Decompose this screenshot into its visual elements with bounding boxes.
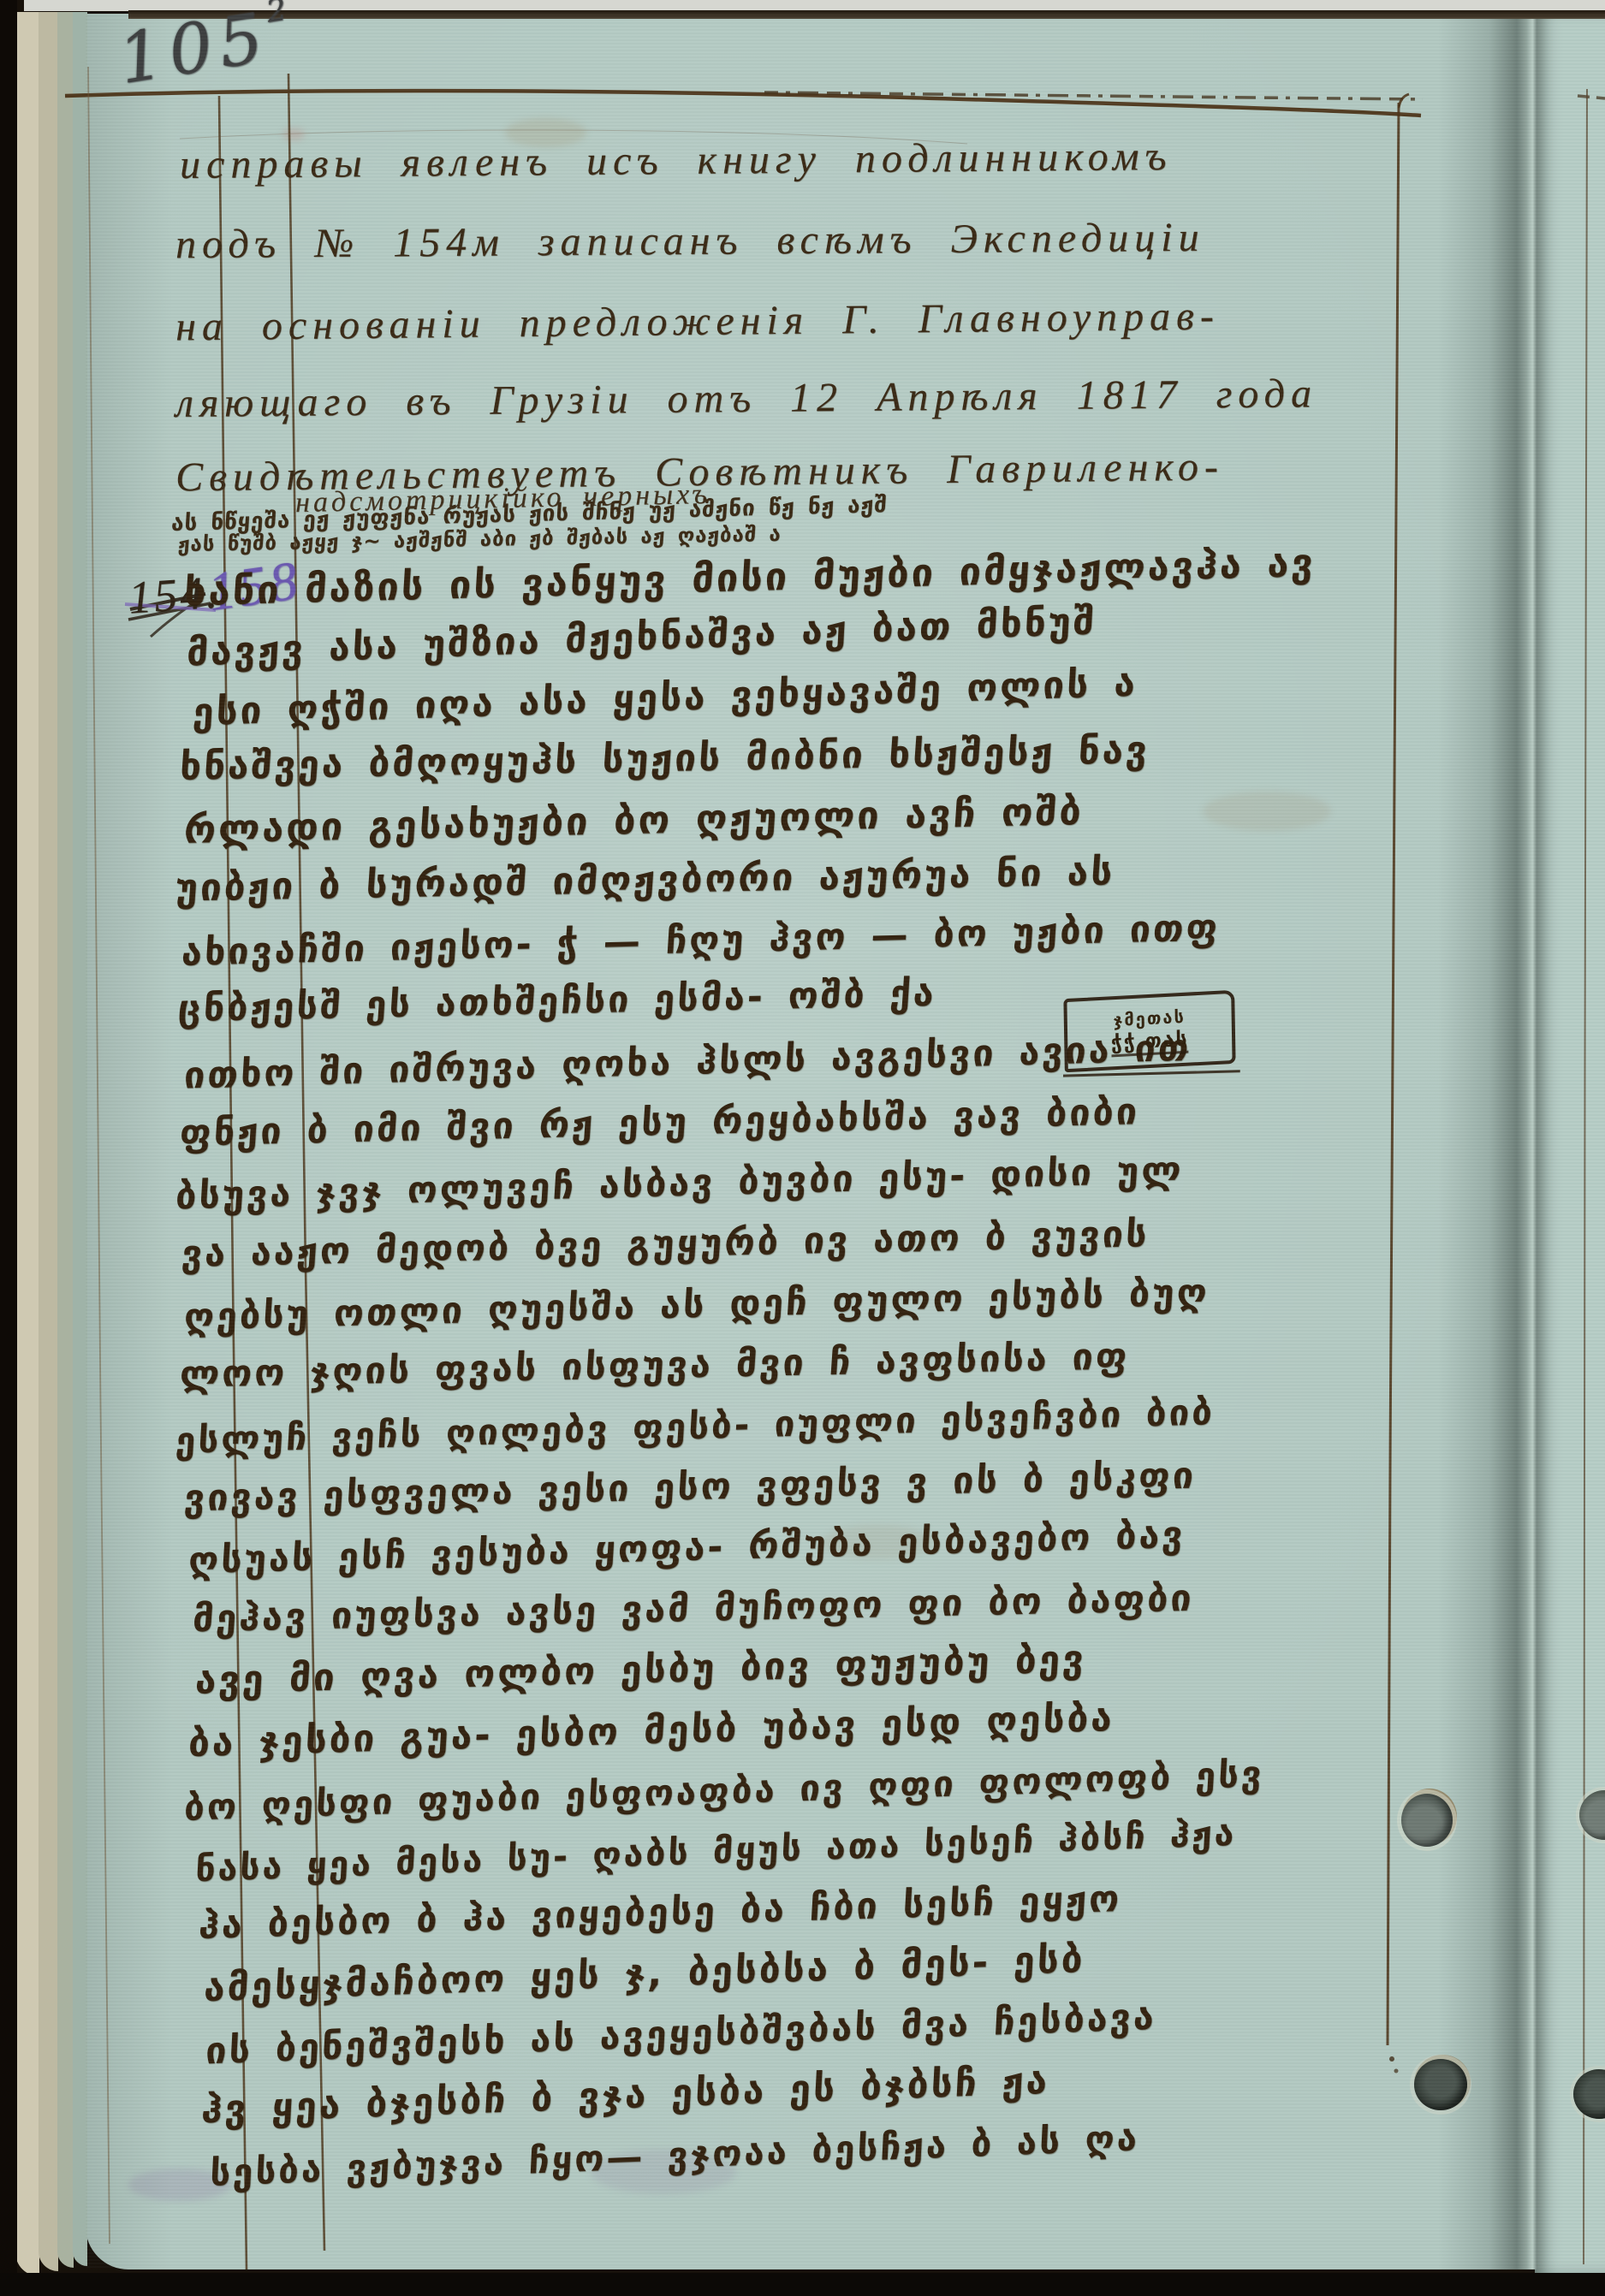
boxed-annotation: ჯმეთას ჭჭ თას bbox=[1063, 990, 1235, 1073]
boxed-annotation-line: ჯმეთას bbox=[1113, 1006, 1186, 1029]
paper-stain bbox=[282, 128, 305, 140]
boxed-annotation-line: ჭჭ თას bbox=[1111, 1028, 1189, 1057]
punch-hole bbox=[1414, 2059, 1467, 2110]
paper-stain bbox=[1203, 792, 1331, 831]
manuscript-line: исправы явленъ исъ книгу подлинникомъ bbox=[180, 133, 1173, 188]
manuscript-line: подъ № 154м записанъ всѣмъ Экспедицiи bbox=[175, 214, 1205, 268]
page-edge-stack bbox=[57, 12, 74, 2268]
page-top-shadow bbox=[128, 10, 1605, 19]
book-spine-shadow bbox=[0, 0, 17, 2296]
page-edge-stack bbox=[39, 12, 58, 2271]
adjacent-page-edge bbox=[1535, 12, 1605, 2273]
manuscript-line: ляющаго въ Грузiи отъ 12 Апрѣля 1817 год… bbox=[175, 370, 1317, 427]
gutter-fold-shadow bbox=[1438, 14, 1537, 2269]
manuscript-scan: 1052 154. 158 исправы явленъ исъ книгу п… bbox=[0, 0, 1605, 2296]
page-edge-stack bbox=[15, 12, 39, 2276]
page-edge-stack bbox=[73, 12, 87, 2266]
scan-bottom-shadow bbox=[0, 2273, 1605, 2296]
punch-hole bbox=[1401, 1794, 1453, 1847]
page-number-superscript: 2 bbox=[264, 0, 288, 30]
